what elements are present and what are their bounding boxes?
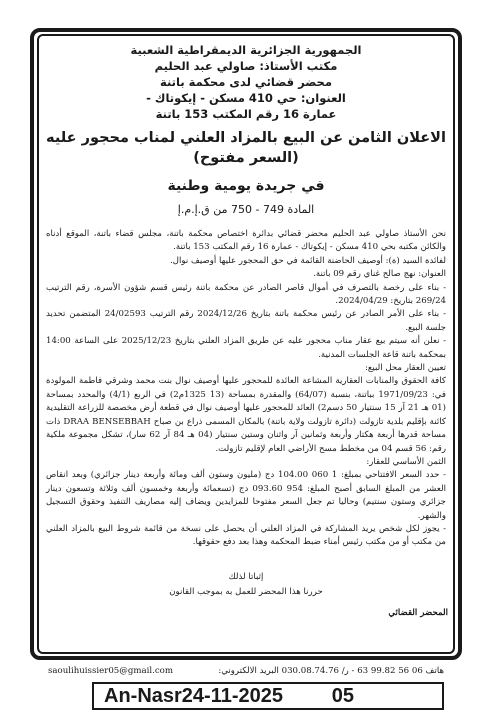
body-paragraph: كافة الحقوق والمنابات العقارية المشاعة ا… (46, 375, 446, 455)
body-paragraph: تعيين العقار محل البيع: (46, 362, 446, 375)
contact-line: saoulihuissier05@gmail.com هاتف 06 56 99… (48, 666, 444, 676)
announcement-title: الاعلان الثامن عن البيع بالمزاد العلني ل… (44, 128, 448, 148)
closing-block: إثباتا لذلك حررنا هذا المحضر للعمل به بم… (44, 570, 448, 600)
phone-label: هاتف (426, 666, 444, 676)
body-paragraph: العنوان: نهج صالح غناي رقم 09 باتنة. (46, 268, 446, 281)
body-paragraph: نحن الأستاذ صاولي عبد الحليم محضر قضائي … (46, 228, 446, 255)
email-link[interactable]: saoulihuissier05@gmail.com (48, 666, 173, 676)
phone-values: 06 56 99.82 63 - ر/ 030.08.74.76 (282, 666, 423, 676)
header-address: العنوان: حي 410 مسكن - إيكوتاك - (44, 90, 448, 106)
body-paragraph: لفائدة السيد (ة): أوصيف الحاضنة القائمة … (46, 255, 446, 268)
header-office: مكتب الأستاذ: صاولي عبد الحليم (44, 58, 448, 74)
announcement-body: نحن الأستاذ صاولي عبد الحليم محضر قضائي … (44, 228, 448, 550)
newspaper-footer: An-Nasr24-11-2025 05 (92, 682, 444, 710)
body-paragraph: - بناء على رخصة بالتصرف في أموال قاصر ال… (46, 282, 446, 309)
email-label: البريد الالكتروني: (218, 666, 279, 676)
announcement-subtitle: (السعر مفتوح) (44, 148, 448, 168)
body-paragraph: - بناء على الأمر الصادر عن رئيس محكمة با… (46, 308, 446, 335)
body-paragraph: الثمن الأساسي للعقار: (46, 456, 446, 469)
body-paragraph: - نعلن أنه سيتم بيع عقار مناب محجور عليه… (46, 335, 446, 362)
closing-line-2: حررنا هذا المحضر للعمل به بموجب القانون (44, 585, 448, 600)
body-paragraph: - يجوز لكل شخص يريد المشاركة في المزاد ا… (46, 523, 446, 550)
signature: المحضر القضائي (44, 608, 448, 618)
header-role: محضر قضائي لدى محكمة باتنة (44, 74, 448, 90)
legal-article: المادة 749 - 750 من ق.إ.م.إ (44, 202, 448, 218)
page-number: 05 (332, 685, 354, 708)
newspaper-line: في جريدة يومية وطنية (44, 176, 448, 196)
header-building: عمارة 16 رقم المكتب 153 باتنة (44, 106, 448, 122)
newspaper-source: An-Nasr24-11-2025 (104, 685, 283, 708)
header-country: الجمهورية الجزائرية الديمقراطية الشعبية (44, 42, 448, 58)
announcement: الجمهورية الجزائرية الديمقراطية الشعبية … (44, 42, 448, 654)
phone-numbers: هاتف 06 56 99.82 63 - ر/ 030.08.74.76 ال… (218, 666, 444, 676)
closing-line-1: إثباتا لذلك (44, 570, 448, 585)
body-paragraph: - حدد السعر الافتتاحي بمبلغ: 1 060 104.0… (46, 469, 446, 523)
